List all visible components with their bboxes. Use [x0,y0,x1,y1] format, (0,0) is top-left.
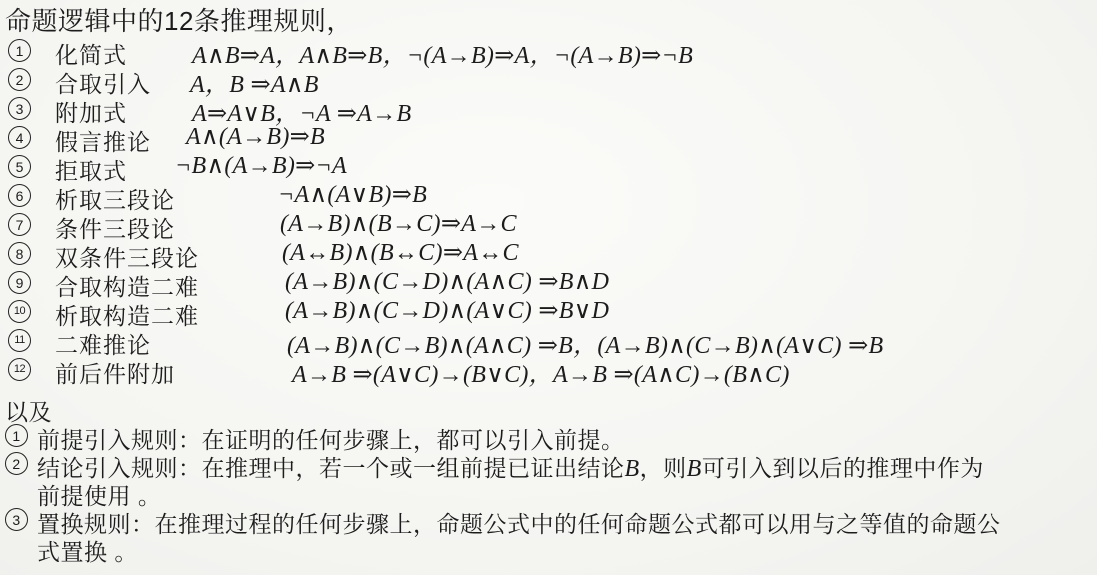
page-title: 命题逻辑中的12条推理规则， [5,1,353,38]
extra-rule-continuation: 式置换 。 [37,534,138,567]
rule-number-badge: 1 [8,39,31,62]
rule-row: 8 双条件三段论 (A↔B)∧(B↔C)⇒A↔C [0,239,1097,268]
rule-number-badge: 8 [8,242,31,265]
extra-rule-line: 3 置换规则：在推理过程的任何步骤上，命题公式中的任何命题公式都可以用与之等值的… [5,506,1001,539]
rule-row: 12 前后件附加 A→B ⇒(A∨C)→(B∨C)，A→B ⇒(A∧C)→(B∧… [0,355,1097,384]
formula-variable: B [625,456,640,482]
extra-rule-text-part: 可引入到以后的推理中作为 [702,455,984,481]
rule-row: 6 析取三段论 ¬A∧(A∨B)⇒B [0,181,1097,210]
rule-formula: ¬B∧(A→B)⇒¬A [175,151,347,180]
slide-page: 命题逻辑中的12条推理规则， 1 化简式 A∧B⇒A，A∧B⇒B，¬(A→B)⇒… [0,0,1097,575]
rule-number-badge: 5 [8,155,31,178]
rule-number-badge: 7 [8,213,31,236]
rule-row: 1 化简式 A∧B⇒A，A∧B⇒B，¬(A→B)⇒A，¬(A→B)⇒¬B [0,36,1097,65]
rule-formula: A→B ⇒(A∨C)→(B∨C)，A→B ⇒(A∧C)→(B∧C) [292,354,790,389]
extra-rule-number-badge: 2 [5,452,28,475]
rule-number-badge: 10 [8,300,31,323]
rule-number-badge: 9 [8,271,31,294]
rule-row: 2 合取引入 A，B ⇒A∧B [0,65,1097,94]
rule-row: 5 拒取式 ¬B∧(A→B)⇒¬A [0,152,1097,181]
extra-rule-text: 结论引入规则：在推理中，若一个或一组前提已证出结论B，则B可引入到以后的推理中作… [37,450,984,483]
rule-number-badge: 2 [8,68,31,91]
rule-name: 前后件附加 [55,356,175,389]
extra-rule-text: 置换规则：在推理过程的任何步骤上，命题公式中的任何命题公式都可以用与之等值的命题… [37,506,1001,539]
rule-number-badge: 3 [8,97,31,120]
rule-row: 11 二难推论 (A→B)∧(C→B)∧(A∧C) ⇒B，(A→B)∧(C→B)… [0,326,1097,355]
extra-rule-text-part: ，则 [640,455,687,481]
rule-formula: (A→B)∧(C→D)∧(A∨C) ⇒B∨D [285,296,609,325]
rule-formula: (A→B)∧(B→C)⇒A→C [280,209,517,238]
rule-row: 9 合取构造二难 (A→B)∧(C→D)∧(A∧C) ⇒B∧D [0,268,1097,297]
rule-formula: (A↔B)∧(B↔C)⇒A↔C [282,238,519,267]
extra-rule-number-badge: 1 [5,424,28,447]
rule-formula: A∧(A→B)⇒B [186,122,325,151]
rule-number-badge: 11 [8,329,31,352]
rule-number-badge: 12 [8,358,31,381]
rule-row: 7 条件三段论 (A→B)∧(B→C)⇒A→C [0,210,1097,239]
rule-formula: ¬A∧(A∨B)⇒B [278,180,427,209]
rule-number-badge: 4 [8,126,31,149]
rule-number-badge: 6 [8,184,31,207]
extra-rule-number-badge: 3 [5,508,28,531]
rule-row: 3 附加式 A⇒A∨B，¬A ⇒A→B [0,94,1097,123]
rule-formula: (A→B)∧(C→D)∧(A∧C) ⇒B∧D [285,267,609,296]
rule-row: 4 假言推论 A∧(A→B)⇒B [0,123,1097,152]
rule-row: 10 析取构造二难 (A→B)∧(C→D)∧(A∨C) ⇒B∨D [0,297,1097,326]
formula-variable: B [687,456,702,482]
